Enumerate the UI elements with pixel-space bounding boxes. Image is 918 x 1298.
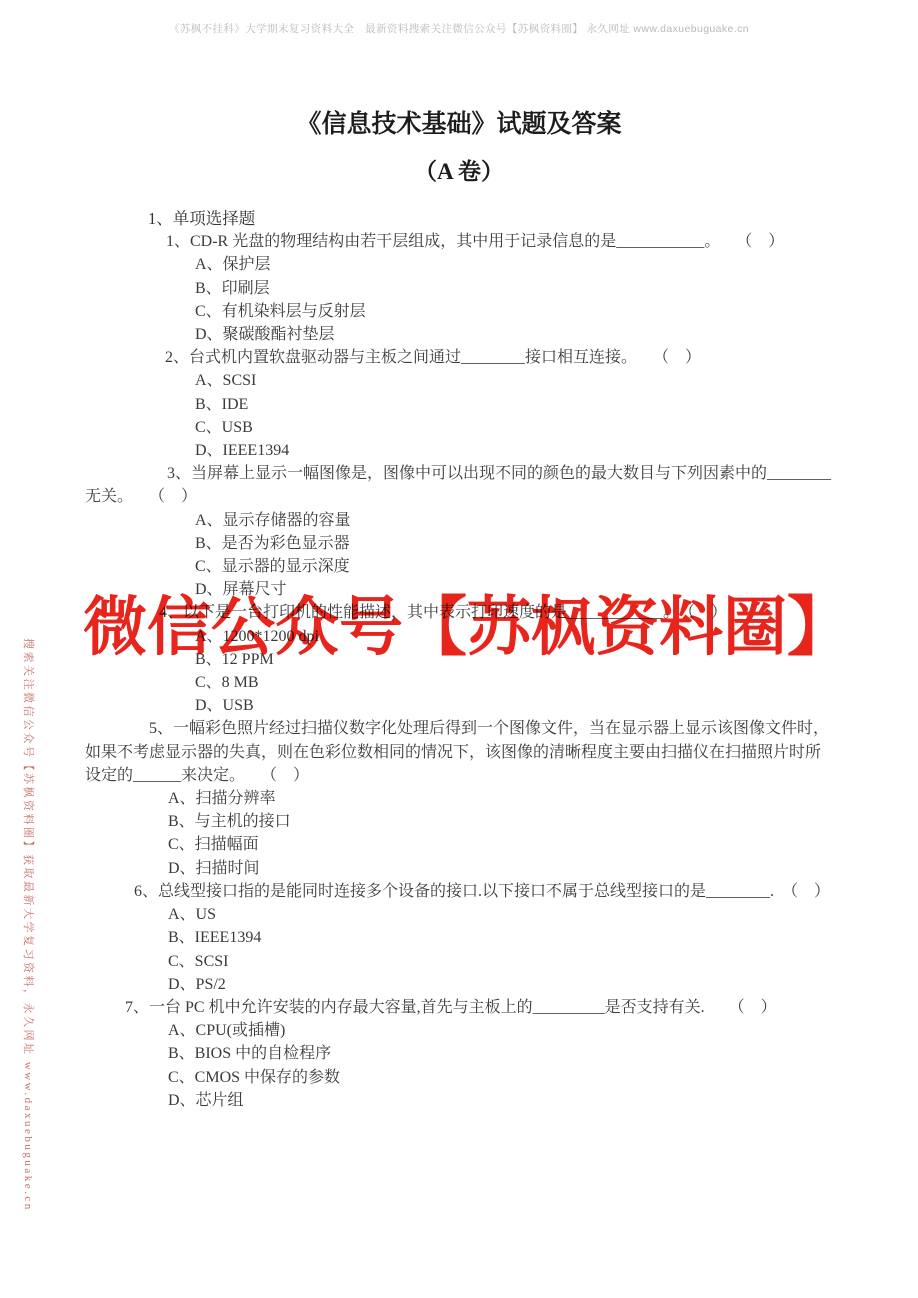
question-3: 3、当屏幕上显示一幅图像是，图像中可以出现不同的颜色的最大数目与下列因素中的__…: [85, 462, 833, 601]
question-2: 2、台式机内置软盘驱动器与主板之间通过________接口相互连接。 （ ） A…: [85, 346, 833, 462]
option-d: D、扫描时间: [85, 857, 833, 880]
question-text: 4、以下是一台打印机的性能描述，其中表示打印速度的是____________。 …: [85, 601, 833, 624]
option-d: D、聚碳酸酯衬垫层: [85, 323, 833, 346]
page-title: 《信息技术基础》试题及答案: [85, 110, 833, 140]
option-c: C、显示器的显示深度: [85, 555, 833, 578]
option-d: D、PS/2: [85, 973, 833, 996]
option-c: C、有机染料层与反射层: [85, 300, 833, 323]
option-c: C、8 MB: [85, 671, 833, 694]
option-d: D、USB: [85, 694, 833, 717]
option-a: A、显示存储器的容量: [85, 509, 833, 532]
question-5: 5、一幅彩色照片经过扫描仪数字化处理后得到一个图像文件，当在显示器上显示该图像文…: [85, 717, 833, 879]
section-title: 1、单项选择题: [85, 207, 833, 230]
exam-document-page: { "header": { "text": "《苏枫不挂科》大学期末复习资料大全…: [0, 0, 918, 1298]
option-b: B、与主机的接口: [85, 810, 833, 833]
option-d: D、IEEE1394: [85, 439, 833, 462]
option-c: C、SCSI: [85, 950, 833, 973]
question-1: 1、CD-R 光盘的物理结构由若干层组成，其中用于记录信息的是_________…: [85, 230, 833, 346]
question-text: 5、一幅彩色照片经过扫描仪数字化处理后得到一个图像文件，当在显示器上显示该图像文…: [85, 717, 833, 787]
page-subtitle: （A 卷）: [85, 158, 833, 186]
side-vertical-watermark: 搜索关注微信公众号【苏枫资料圈】获取最新大学复习资料，永久网址 www.daxu…: [21, 638, 37, 1212]
option-a: A、保护层: [85, 253, 833, 276]
question-text: 7、一台 PC 机中允许安装的内存最大容量,首先与主板上的_________是否…: [85, 996, 833, 1019]
option-b: B、印刷层: [85, 277, 833, 300]
option-b: B、BIOS 中的自检程序: [85, 1042, 833, 1065]
option-a: A、US: [85, 903, 833, 926]
question-7: 7、一台 PC 机中允许安装的内存最大容量,首先与主板上的_________是否…: [85, 996, 833, 1112]
exam-document: 《信息技术基础》试题及答案 （A 卷） 1、单项选择题 1、CD-R 光盘的物理…: [85, 0, 833, 1112]
question-list: 1、CD-R 光盘的物理结构由若干层组成，其中用于记录信息的是_________…: [85, 230, 833, 1112]
question-text: 1、CD-R 光盘的物理结构由若干层组成，其中用于记录信息的是_________…: [85, 230, 833, 253]
option-d: D、芯片组: [85, 1089, 833, 1112]
option-d: D、屏幕尺寸: [85, 578, 833, 601]
option-b: B、12 PPM: [85, 648, 833, 671]
option-a: A、CPU(或插槽): [85, 1019, 833, 1042]
question-text: 6、总线型接口指的是能同时连接多个设备的接口.以下接口不属于总线型接口的是___…: [85, 880, 833, 903]
option-b: B、是否为彩色显示器: [85, 532, 833, 555]
option-c: C、USB: [85, 416, 833, 439]
option-a: A、SCSI: [85, 369, 833, 392]
question-4: 4、以下是一台打印机的性能描述，其中表示打印速度的是____________。 …: [85, 601, 833, 717]
option-b: B、IEEE1394: [85, 926, 833, 949]
option-a: A、1200*1200 dpi: [85, 625, 833, 648]
question-6: 6、总线型接口指的是能同时连接多个设备的接口.以下接口不属于总线型接口的是___…: [85, 880, 833, 996]
question-text: 2、台式机内置软盘驱动器与主板之间通过________接口相互连接。 （ ）: [85, 346, 833, 369]
option-b: B、IDE: [85, 393, 833, 416]
option-c: C、扫描幅面: [85, 833, 833, 856]
option-c: C、CMOS 中保存的参数: [85, 1066, 833, 1089]
option-a: A、扫描分辨率: [85, 787, 833, 810]
question-text: 3、当屏幕上显示一幅图像是，图像中可以出现不同的颜色的最大数目与下列因素中的__…: [85, 462, 833, 508]
